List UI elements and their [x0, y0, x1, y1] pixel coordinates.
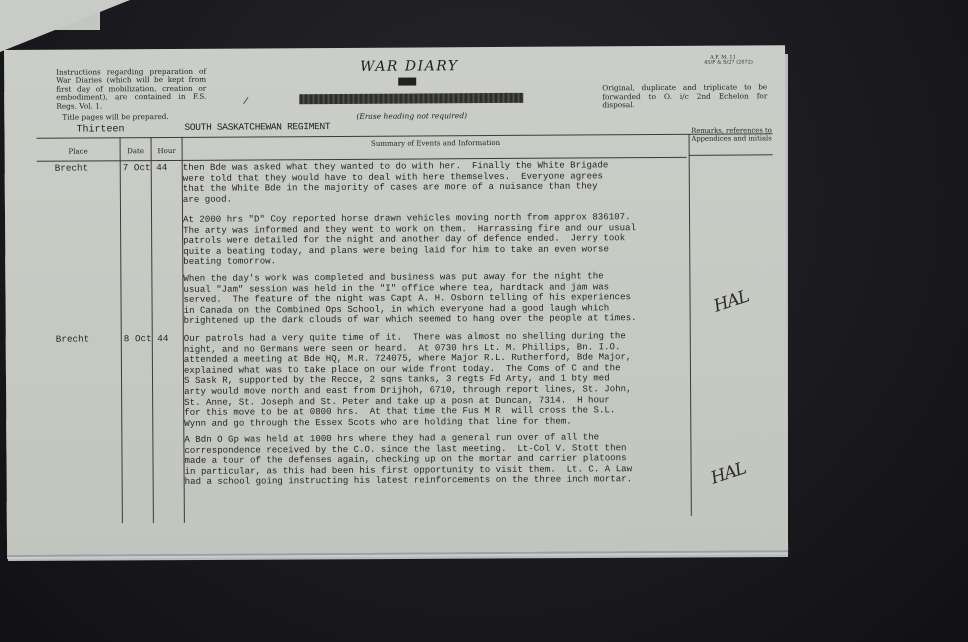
form-code-line2: 45/P & S/27 (2072)	[704, 60, 753, 65]
row1-date: 7 Oct 44	[123, 163, 168, 174]
row1-summary-p1: then Bde was asked what they wanted to d…	[183, 160, 693, 205]
date-hour-divider	[151, 137, 154, 523]
war-diary-page: Instructions regarding preparation of Wa…	[4, 45, 788, 555]
forward-note: Original, duplicate and triplicate to be…	[602, 83, 767, 110]
instructions-text: Instructions regarding preparation of Wa…	[56, 68, 206, 111]
row1-place: Brecht	[55, 163, 89, 174]
row1-initials-signature: HAL	[711, 286, 751, 316]
header-remarks: Remarks, references to Appendices and in…	[690, 127, 772, 143]
title-page-label: Title pages will be prepared.	[62, 112, 168, 122]
header-summary: Summary of Events and Information	[183, 138, 689, 149]
header-place: Place	[37, 147, 120, 156]
diary-table: Place Date Hour Summary of Events and In…	[37, 133, 776, 549]
row2-summary-p1: Our patrols had a very quite time of it.…	[184, 331, 695, 429]
erase-note: (Erase heading not required)	[356, 111, 467, 121]
folded-page-edge	[0, 0, 130, 52]
erased-or-word	[398, 77, 416, 85]
header-date: Date	[121, 147, 151, 155]
pencil-mark	[243, 97, 248, 104]
form-code: A.F. M. 11 45/P & S/27 (2072)	[704, 55, 753, 65]
place-date-divider	[120, 137, 123, 523]
row1-summary-p3: When the day's work was completed and bu…	[183, 271, 693, 327]
row2-initials-signature: HAL	[708, 459, 748, 489]
unit-number: Thirteen	[76, 124, 124, 135]
page-title: WAR DIARY	[360, 58, 459, 75]
unit-name: SOUTH SASKATCHEWAN REGIMENT	[184, 121, 330, 133]
erased-heading	[299, 93, 523, 104]
remarks-header-rule	[689, 154, 773, 156]
row2-summary-p2: A Bdn O Gp was held at 1000 hrs where th…	[184, 432, 694, 488]
row1-summary-p2: At 2000 hrs "D" Coy reported horse drawn…	[183, 212, 693, 268]
row2-place: Brecht	[56, 334, 90, 345]
row2-date: 8 Oct 44	[124, 334, 169, 345]
header-hour: Hour	[152, 147, 182, 155]
